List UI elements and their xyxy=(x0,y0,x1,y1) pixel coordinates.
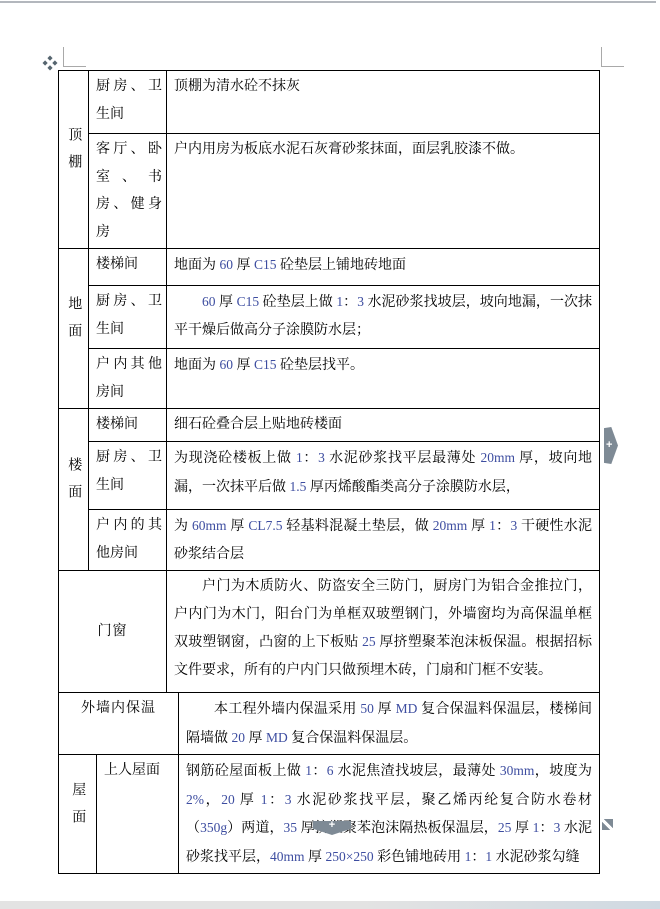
spec-cell[interactable]: 细石砼叠合层上贴地砖楼面 xyxy=(167,409,600,442)
table-row: 客厅、卧室、书房、健身房 户内用房为板底水泥石灰膏砂浆抹面，面层乳胶漆不做。 xyxy=(59,134,600,249)
finish-spec-table: 顶棚 厨房、卫生间 顶棚为清水砼不抹灰 客厅、卧室、书房、健身房 户内用房为板底… xyxy=(58,70,599,874)
plus-icon: + xyxy=(606,439,612,451)
spec-cell[interactable]: 本工程外墙内保温采用 50 厚 MD 复合保温料保温层，楼梯间隔墙做 20 厚 … xyxy=(179,693,600,755)
text-boundary-mark-top-right-horizontal xyxy=(601,66,624,67)
toolbar-expand-button[interactable]: + xyxy=(604,427,618,464)
room-cell[interactable]: 客厅、卧室、书房、健身房 xyxy=(89,134,167,249)
table-move-handle[interactable] xyxy=(42,55,58,71)
table-row: 户内其他房间 地面为 60 厚 C15 砼垫层找平。 xyxy=(59,349,600,409)
spec-cell[interactable]: 60 厚 C15 砼垫层上做 1：3 水泥砂浆找坡层，坡向地漏，一次抹平干燥后做… xyxy=(167,286,600,349)
room-cell[interactable]: 上人屋面 xyxy=(97,755,179,874)
room-cell[interactable]: 厨房、卫生间 xyxy=(89,286,167,349)
spec-table-roof: 屋面 上人屋面 钢筋砼屋面板上做 1：6 水泥焦渣找坡层，最薄处 30mm，坡度… xyxy=(58,754,600,874)
category-cell-upper-floor[interactable]: 楼面 xyxy=(59,409,89,571)
spec-table-insulation: 外墙内保温 本工程外墙内保温采用 50 厚 MD 复合保温料保温层，楼梯间隔墙做… xyxy=(58,692,600,755)
category-cell-doors-windows[interactable]: 门窗 xyxy=(59,571,167,693)
table-row: 地面 楼梯间 地面为 60 厚 C15 砼垫层上铺地砖地面 xyxy=(59,249,600,286)
room-cell[interactable]: 厨房、卫生间 xyxy=(89,442,167,510)
spec-cell[interactable]: 顶棚为清水砼不抹灰 xyxy=(167,71,600,134)
spec-cell[interactable]: 为 60mm 厚 CL7.5 轻基料混凝土垫层，做 20mm 厚 1：3 干硬性… xyxy=(167,510,600,571)
category-cell-ceiling[interactable]: 顶棚 xyxy=(59,71,89,249)
room-cell[interactable]: 楼梯间 xyxy=(89,409,167,442)
spec-cell[interactable]: 地面为 60 厚 C15 砼垫层找平。 xyxy=(167,349,600,409)
text-boundary-mark-top-left-vertical xyxy=(63,47,64,67)
spec-cell[interactable]: 户内用房为板底水泥石灰膏砂浆抹面，面层乳胶漆不做。 xyxy=(167,134,600,249)
page-top-edge xyxy=(0,1,656,3)
document-page: { "page": { "colors": { "text": "#000000… xyxy=(0,0,660,909)
table-row: 户内的其他房间 为 60mm 厚 CL7.5 轻基料混凝土垫层，做 20mm 厚… xyxy=(59,510,600,571)
category-cell-exterior-wall-insulation[interactable]: 外墙内保温 xyxy=(59,693,179,755)
table-row: 楼面 楼梯间 细石砼叠合层上贴地砖楼面 xyxy=(59,409,600,442)
table-row: 顶棚 厨房、卫生间 顶棚为清水砼不抹灰 xyxy=(59,71,600,134)
text-boundary-mark-top-right-vertical xyxy=(601,47,602,67)
spec-cell[interactable]: 钢筋砼屋面板上做 1：6 水泥焦渣找坡层，最薄处 30mm，坡度为 2%，20 … xyxy=(179,755,600,874)
move-icon xyxy=(42,55,58,71)
table-row: 厨房、卫生间 为现浇砼楼板上做 1：3 水泥砂浆找平层最薄处 20mm 厚，坡向… xyxy=(59,442,600,510)
spec-cell[interactable]: 地面为 60 厚 C15 砼垫层上铺地砖地面 xyxy=(167,249,600,286)
table-resize-handle[interactable] xyxy=(602,819,613,830)
room-cell[interactable]: 厨房、卫生间 xyxy=(89,71,167,134)
spec-cell[interactable]: 为现浇砼楼板上做 1：3 水泥砂浆找平层最薄处 20mm 厚，坡向地漏，一次抹平… xyxy=(167,442,600,510)
bottom-bar xyxy=(0,901,660,909)
spec-cell[interactable]: 户门为木质防火、防盗安全三防门，厨房门为铝合金推拉门，户内门为木门，阳台门为单框… xyxy=(167,571,600,693)
room-cell[interactable]: 户内的其他房间 xyxy=(89,510,167,571)
table-row: 屋面 上人屋面 钢筋砼屋面板上做 1：6 水泥焦渣找坡层，最薄处 30mm，坡度… xyxy=(59,755,600,874)
spec-table-main: 顶棚 厨房、卫生间 顶棚为清水砼不抹灰 客厅、卧室、书房、健身房 户内用房为板底… xyxy=(58,70,600,693)
table-row: 门窗 户门为木质防火、防盗安全三防门，厨房门为铝合金推拉门，户内门为木门，阳台门… xyxy=(59,571,600,693)
text-boundary-mark-top-left-horizontal xyxy=(63,66,86,67)
room-cell[interactable]: 楼梯间 xyxy=(89,249,167,286)
table-row: 厨房、卫生间 60 厚 C15 砼垫层上做 1：3 水泥砂浆找坡层，坡向地漏，一… xyxy=(59,286,600,349)
table-row: 外墙内保温 本工程外墙内保温采用 50 厚 MD 复合保温料保温层，楼梯间隔墙做… xyxy=(59,693,600,755)
room-cell[interactable]: 户内其他房间 xyxy=(89,349,167,409)
category-cell-roof[interactable]: 屋面 xyxy=(59,755,97,874)
category-cell-ground-floor[interactable]: 地面 xyxy=(59,249,89,409)
